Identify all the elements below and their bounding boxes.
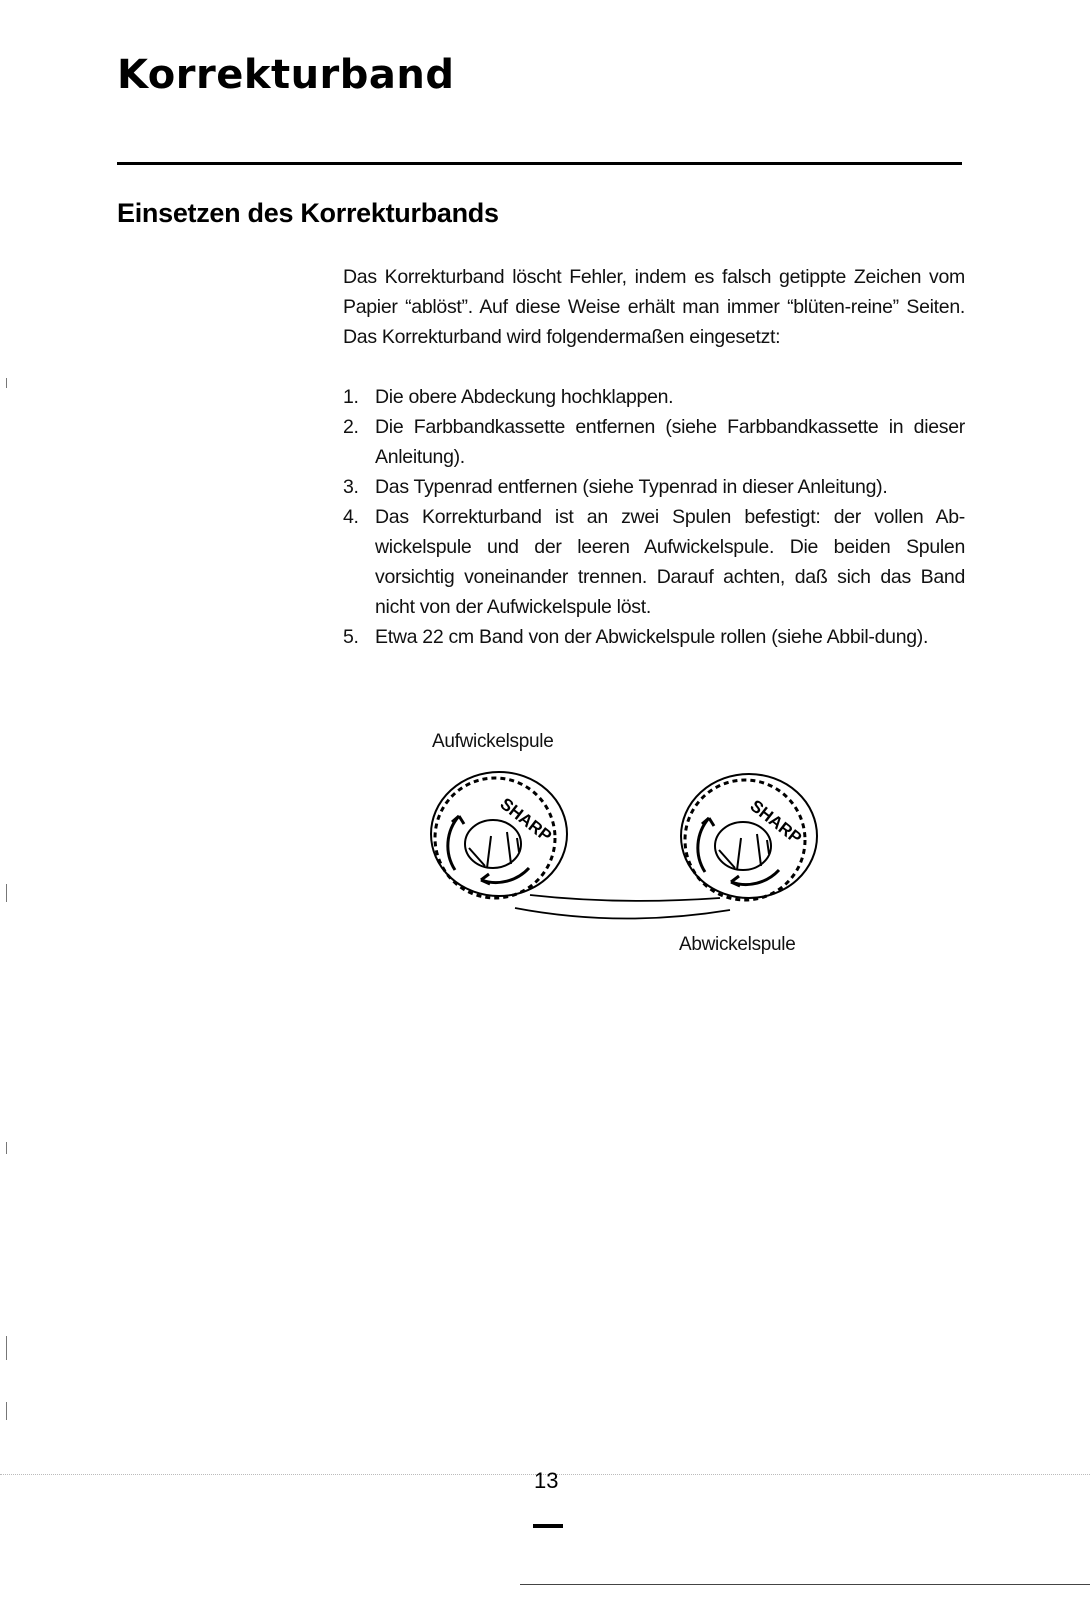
step-number: 3. <box>343 472 359 502</box>
page-number: 13 <box>534 1468 558 1494</box>
step-item: 3.Das Typenrad entfernen (siehe Typenrad… <box>343 472 965 502</box>
step-number: 4. <box>343 502 359 532</box>
figure-label-take-up-spool: Aufwickelspule <box>432 731 553 753</box>
title-divider <box>117 162 962 165</box>
take-up-spool-icon: SHARP <box>431 772 567 898</box>
page-title: Korrekturband <box>117 52 455 98</box>
margin-mark <box>6 1142 7 1154</box>
step-text: Etwa 22 cm Band von der Abwickelspule ro… <box>375 622 965 652</box>
margin-mark <box>6 884 7 902</box>
figure-label-supply-spool: Abwickelspule <box>679 934 796 956</box>
margin-mark <box>6 1402 7 1420</box>
page-number-underline <box>533 1524 563 1528</box>
instruction-steps: 1.Die obere Abdeckung hochklappen. 2.Die… <box>343 382 965 652</box>
svg-text:SHARP: SHARP <box>747 796 806 848</box>
step-item: 1.Die obere Abdeckung hochklappen. <box>343 382 965 412</box>
svg-text:SHARP: SHARP <box>497 794 556 846</box>
margin-mark <box>6 378 7 388</box>
step-text: Die obere Abdeckung hochklappen. <box>375 382 965 412</box>
step-text: Das Korrekturband ist an zwei Spulen bef… <box>375 502 965 622</box>
step-item: 2.Die Farbbandkassette entfernen (siehe … <box>343 412 965 472</box>
step-number: 5. <box>343 622 359 652</box>
step-number: 1. <box>343 382 359 412</box>
scan-artifact-bottom <box>520 1584 1090 1585</box>
section-title: Einsetzen des Korrekturbands <box>117 198 499 229</box>
correction-tape-spools-figure: SHARP SHARP <box>420 760 830 925</box>
step-number: 2. <box>343 412 359 442</box>
intro-paragraph: Das Korrekturband löscht Fehler, indem e… <box>343 262 965 352</box>
step-item: 5.Etwa 22 cm Band von der Abwickelspule … <box>343 622 965 652</box>
step-text: Die Farbbandkassette entfernen (siehe Fa… <box>375 412 965 472</box>
step-text: Das Typenrad entfernen (siehe Typenrad i… <box>375 472 965 502</box>
supply-spool-icon: SHARP <box>681 774 817 900</box>
step-item: 4.Das Korrekturband ist an zwei Spulen b… <box>343 502 965 622</box>
margin-mark <box>6 1336 7 1360</box>
